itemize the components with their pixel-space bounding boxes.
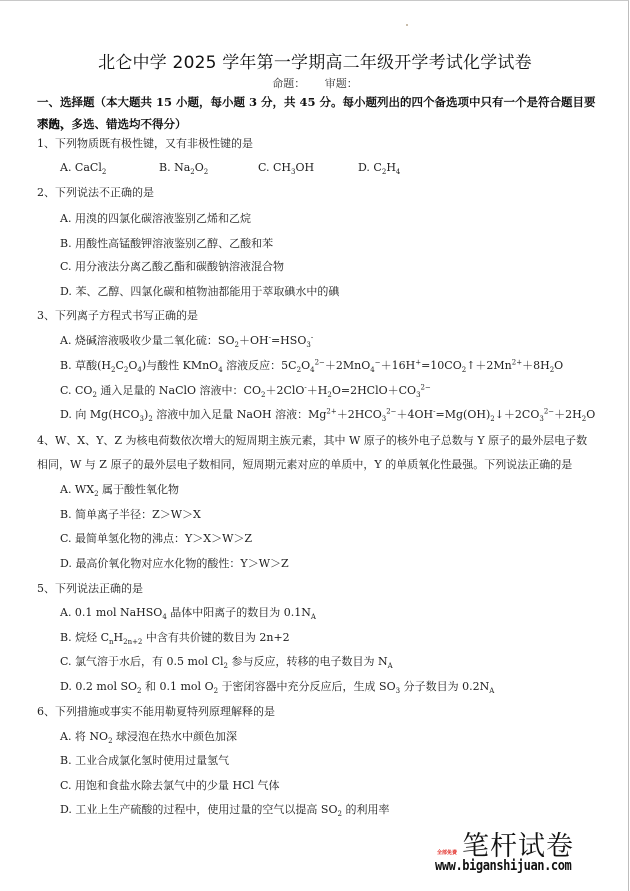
question-6-option-c: C. 用饱和食盐水除去氯气中的少量 HCl 气体 xyxy=(60,778,280,794)
question-4-option-b: B. 简单离子半径：Z＞W＞X xyxy=(60,507,201,523)
question-5-stem: 5、下列说法正确的是 xyxy=(37,581,143,597)
question-1-stem: 1、下列物质既有极性键，又有非极性键的是 xyxy=(37,136,253,152)
question-3-option-d: D. 向 Mg(HCO3)2 溶液中加入足量 NaOH 溶液：Mg2+＋2HCO… xyxy=(60,407,595,423)
question-3-option-c: C. CO2 通入足量的 NaClO 溶液中：CO2＋2ClO-＋H2O=2HC… xyxy=(60,383,431,399)
question-1-option-b: B. Na2O2 xyxy=(159,160,208,176)
reviewer-label: 审题： xyxy=(325,77,358,90)
question-2-stem: 2、下列说法不正确的是 xyxy=(37,185,154,201)
question-6-option-d: D. 工业上生产硫酸的过程中，使用过量的空气以提高 SO2 的利用率 xyxy=(60,802,389,818)
speck xyxy=(406,24,408,26)
question-2-option-a: A. 用溴的四氯化碳溶液鉴别乙烯和乙烷 xyxy=(60,211,251,227)
question-4-stem-line1: 4、W、X、Y、Z 为核电荷数依次增大的短周期主族元素，其中 W 原子的核外电子… xyxy=(37,433,587,449)
exam-title: 北仑中学 2025 学年第一学期高二年级开学考试化学试卷 xyxy=(0,48,630,73)
watermark-url[interactable]: www.biganshijuan.com xyxy=(435,858,571,874)
question-2-option-c: C. 用分液法分离乙酸乙酯和碳酸钠溶液混合物 xyxy=(60,259,284,275)
exam-page: 北仑中学 2025 学年第一学期高二年级开学考试化学试卷 命题： 审题： 一、选… xyxy=(0,0,629,891)
question-5-option-a: A. 0.1 mol NaHSO4 晶体中阳离子的数目为 0.1NA xyxy=(60,605,316,621)
exam-subtitle: 命题： 审题： xyxy=(0,75,630,91)
question-5-option-c: C. 氯气溶于水后，有 0.5 mol Cl2 参与反应，转移的电子数目为 NA xyxy=(60,654,393,670)
question-6-stem: 6、下列措施或事实不能用勒夏特列原理解释的是 xyxy=(37,704,275,720)
question-2-option-d: D. 苯、乙醇、四氯化碳和植物油都能用于萃取碘水中的碘 xyxy=(60,284,339,300)
question-3-stem: 3、下列离子方程式书写正确的是 xyxy=(37,308,198,324)
question-4-stem-line2: 相同，W 与 Z 原子的最外层电子数相同，短周期元素对应的单质中，Y 的单质氧化… xyxy=(37,457,572,473)
question-5-option-d: D. 0.2 mol SO2 和 0.1 mol O2 于密闭容器中充分反应后，… xyxy=(60,679,494,695)
question-1-option-c: C. CH3OH xyxy=(258,160,314,176)
question-1-option-d: D. C2H4 xyxy=(358,160,400,176)
watermark: 笔杆试卷 全部免费 www.biganshijuan.com xyxy=(440,828,610,878)
question-5-option-b: B. 烷烃 CnH2n+2 中含有共价键的数目为 2n+2 xyxy=(60,630,290,646)
question-6-option-a: A. 将 NO2 球浸泡在热水中颜色加深 xyxy=(60,729,237,745)
question-2-option-b: B. 用酸性高锰酸钾溶液鉴别乙醇、乙酸和苯 xyxy=(60,236,273,252)
question-4-option-c: C. 最简单氢化物的沸点：Y＞X＞W＞Z xyxy=(60,531,252,547)
question-4-option-d: D. 最高价氧化物对应水化物的酸性：Y＞W＞Z xyxy=(60,556,289,572)
setter-label: 命题： xyxy=(272,77,305,90)
section-header-line2: 不选、多选、错选均不得分） xyxy=(37,113,597,135)
question-1-option-a: A. CaCl2 xyxy=(60,160,106,176)
question-3-option-b: B. 草酸(H2C2O4)与酸性 KMnO4 溶液反应：5C2O42−＋2MnO… xyxy=(60,358,563,374)
question-6-option-b: B. 工业合成氯化氢时使用过量氢气 xyxy=(60,753,229,769)
watermark-tag: 全部免费 xyxy=(437,849,457,856)
question-4-option-a: A. WX2 属于酸性氧化物 xyxy=(60,482,179,498)
question-3-option-a: A. 烧碱溶液吸收少量二氧化硫：SO2＋OH-=HSO3- xyxy=(60,333,313,349)
